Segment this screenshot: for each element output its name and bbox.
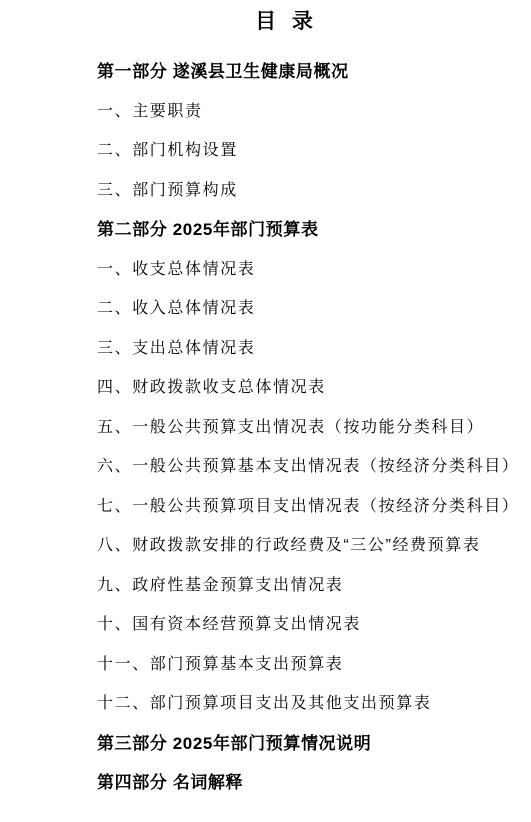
document-page: 目 录 第一部分 遂溪县卫生健康局概况 一、主要职责 二、部门机构设置 三、部门… [0,0,531,822]
toc-section-part1: 第一部分 遂溪县卫生健康局概况 [97,50,527,90]
toc-entry: 十二、部门预算项目支出及其他支出预算表 [97,682,527,722]
toc-entry: 十一、部门预算基本支出预算表 [97,643,527,683]
toc-section-part4: 第四部分 名词解释 [97,761,527,801]
toc-entry: 三、部门预算构成 [97,169,527,209]
toc-entry: 二、收入总体情况表 [97,287,527,327]
toc-entry: 九、政府性基金预算支出情况表 [97,564,527,604]
toc-entry: 十、国有资本经营预算支出情况表 [97,603,527,643]
toc-entry: 五、一般公共预算支出情况表（按功能分类科目） [97,406,527,446]
toc-entry: 七、一般公共预算项目支出情况表（按经济分类科目） [97,485,527,525]
toc-section-part3: 第三部分 2025年部门预算情况说明 [97,722,527,762]
table-of-contents: 第一部分 遂溪县卫生健康局概况 一、主要职责 二、部门机构设置 三、部门预算构成… [0,50,531,801]
toc-section-part2: 第二部分 2025年部门预算表 [97,208,527,248]
toc-entry: 四、财政拨款收支总体情况表 [97,366,527,406]
toc-entry: 六、一般公共预算基本支出情况表（按经济分类科目） [97,445,527,485]
toc-entry: 三、支出总体情况表 [97,327,527,367]
toc-entry: 一、收支总体情况表 [97,248,527,288]
toc-entry: 二、部门机构设置 [97,129,527,169]
page-title: 目 录 [0,0,531,36]
toc-entry: 一、主要职责 [97,90,527,130]
toc-entry: 八、财政拨款安排的行政经费及“三公”经费预算表 [97,524,527,564]
